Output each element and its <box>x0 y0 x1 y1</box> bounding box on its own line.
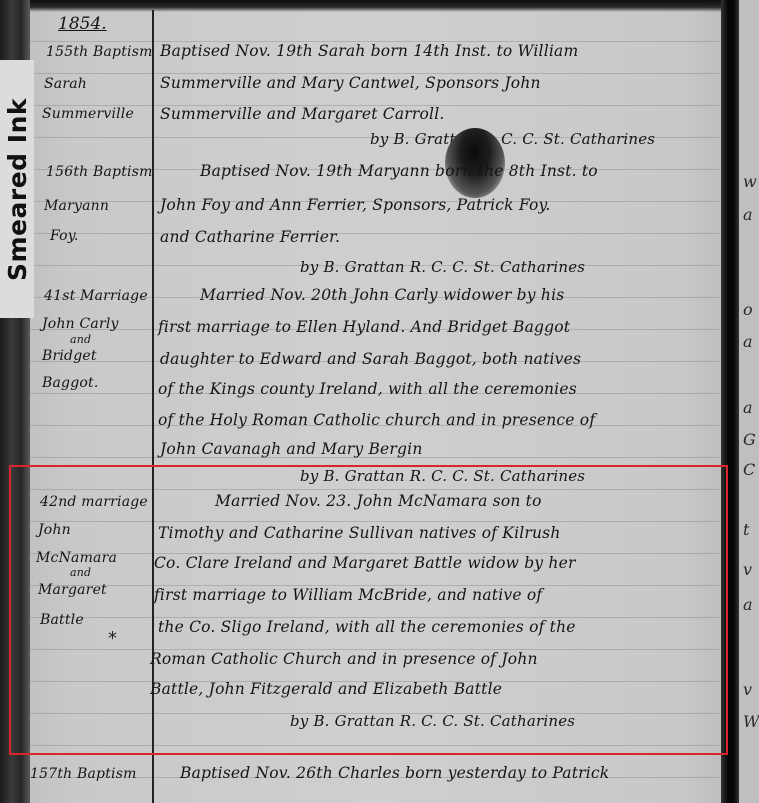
entry-text-line: daughter to Edward and Sarah Baggot, bot… <box>160 350 581 368</box>
facing-page-fragment: W <box>743 712 759 731</box>
entry-margin-title: 156th Baptism <box>46 164 153 180</box>
entry-text-line: Summerville and Margaret Carroll. <box>160 105 445 123</box>
facing-page-fragment: v <box>743 680 752 699</box>
entry-margin-surname: Foy. <box>50 228 79 244</box>
entry-margin-name: Bridget <box>42 348 97 364</box>
book-gutter <box>721 0 739 803</box>
entry-text-line: the Co. Sligo Ireland, with all the cere… <box>158 618 576 636</box>
entry-margin-and: and <box>70 566 91 579</box>
entry-margin-name: John Carly <box>42 316 119 332</box>
entry-margin-name: John <box>38 522 71 538</box>
entry-margin-name: Margaret <box>38 582 107 598</box>
entry-signature: by B. Grattan R. C. C. St. Catharines <box>290 712 575 730</box>
facing-page-fragment: G <box>743 430 756 449</box>
entry-margin-and: and <box>70 333 91 346</box>
facing-page-fragment: w <box>743 172 757 191</box>
entry-margin-name: Sarah <box>44 76 87 92</box>
entry-text-line: of the Kings county Ireland, with all th… <box>158 380 577 398</box>
entry-text-line: and Catharine Ferrier. <box>160 228 340 246</box>
facing-page-fragment: t <box>743 520 749 539</box>
facing-page-fragment: o <box>743 300 753 319</box>
facing-page-fragment: a <box>743 398 753 417</box>
register-year: 1854. <box>58 14 107 34</box>
entry-margin-title: 157th Baptism <box>30 766 137 782</box>
entry-margin-surname: Summerville <box>42 106 134 122</box>
entry-text-line: Married Nov. 23. John McNamara son to <box>215 492 542 510</box>
entry-signature: by B. Grattan R. C. C. St. Catharines <box>300 258 585 276</box>
entry-text-line: John Cavanagh and Mary Bergin <box>160 440 423 458</box>
entry-text-line: Roman Catholic Church and in presence of… <box>150 650 538 668</box>
entry-text-line: John Foy and Ann Ferrier, Sponsors, Patr… <box>160 196 551 214</box>
entry-text-line: Battle, John Fitzgerald and Elizabeth Ba… <box>150 680 502 698</box>
entry-text-line: of the Holy Roman Catholic church and in… <box>158 411 595 429</box>
entry-text-line: Baptised Nov. 19th Sarah born 14th Inst.… <box>160 42 578 60</box>
entry-text-line: Married Nov. 20th John Carly widower by … <box>200 286 564 304</box>
entry-margin-title: 42nd marriage <box>40 494 148 510</box>
entry-margin-surname: Battle <box>40 612 84 628</box>
entry-text-line: Baptised Nov. 19th Maryann born the 8th … <box>200 162 598 180</box>
entry-text-line: first marriage to William McBride, and n… <box>154 586 542 604</box>
entry-text-line: Baptised Nov. 26th Charles born yesterda… <box>180 764 609 782</box>
entry-signature: by B. Grattan R. C. C. St. Catharines <box>370 130 655 148</box>
facing-page-fragment: C <box>743 460 755 479</box>
entry-signature: by B. Grattan R. C. C. St. Catharines <box>300 467 585 485</box>
entry-margin-name: Maryann <box>44 198 109 214</box>
smeared-ink-label: Smeared Ink <box>0 60 34 318</box>
entry-margin-surname: Baggot. <box>42 375 98 391</box>
entry-text-line: first marriage to Ellen Hyland. And Brid… <box>158 318 570 336</box>
facing-page-fragment: v <box>743 560 752 579</box>
entry-margin-surname: McNamara <box>36 550 117 566</box>
entry-text-line: Timothy and Catharine Sullivan natives o… <box>158 524 561 542</box>
smeared-ink-label-text: Smeared Ink <box>3 98 32 281</box>
facing-page-fragment: a <box>743 595 753 614</box>
facing-page-fragment: a <box>743 205 753 224</box>
facing-page-fragment: a <box>743 332 753 351</box>
page-top-shadow <box>0 0 759 12</box>
entry-margin-title: 155th Baptism <box>46 44 153 60</box>
facing-page-edge: w a o a a G C t v a v W <box>739 0 759 803</box>
entry-text-line: Co. Clare Ireland and Margaret Battle wi… <box>154 554 576 572</box>
register-page: Smeared Ink w a o a a G C t v a v W 1854… <box>0 0 759 803</box>
entry-margin-title: 41st Marriage <box>44 288 148 304</box>
asterisk-mark: * <box>108 628 117 649</box>
entry-text-line: Summerville and Mary Cantwel, Sponsors J… <box>160 74 541 92</box>
